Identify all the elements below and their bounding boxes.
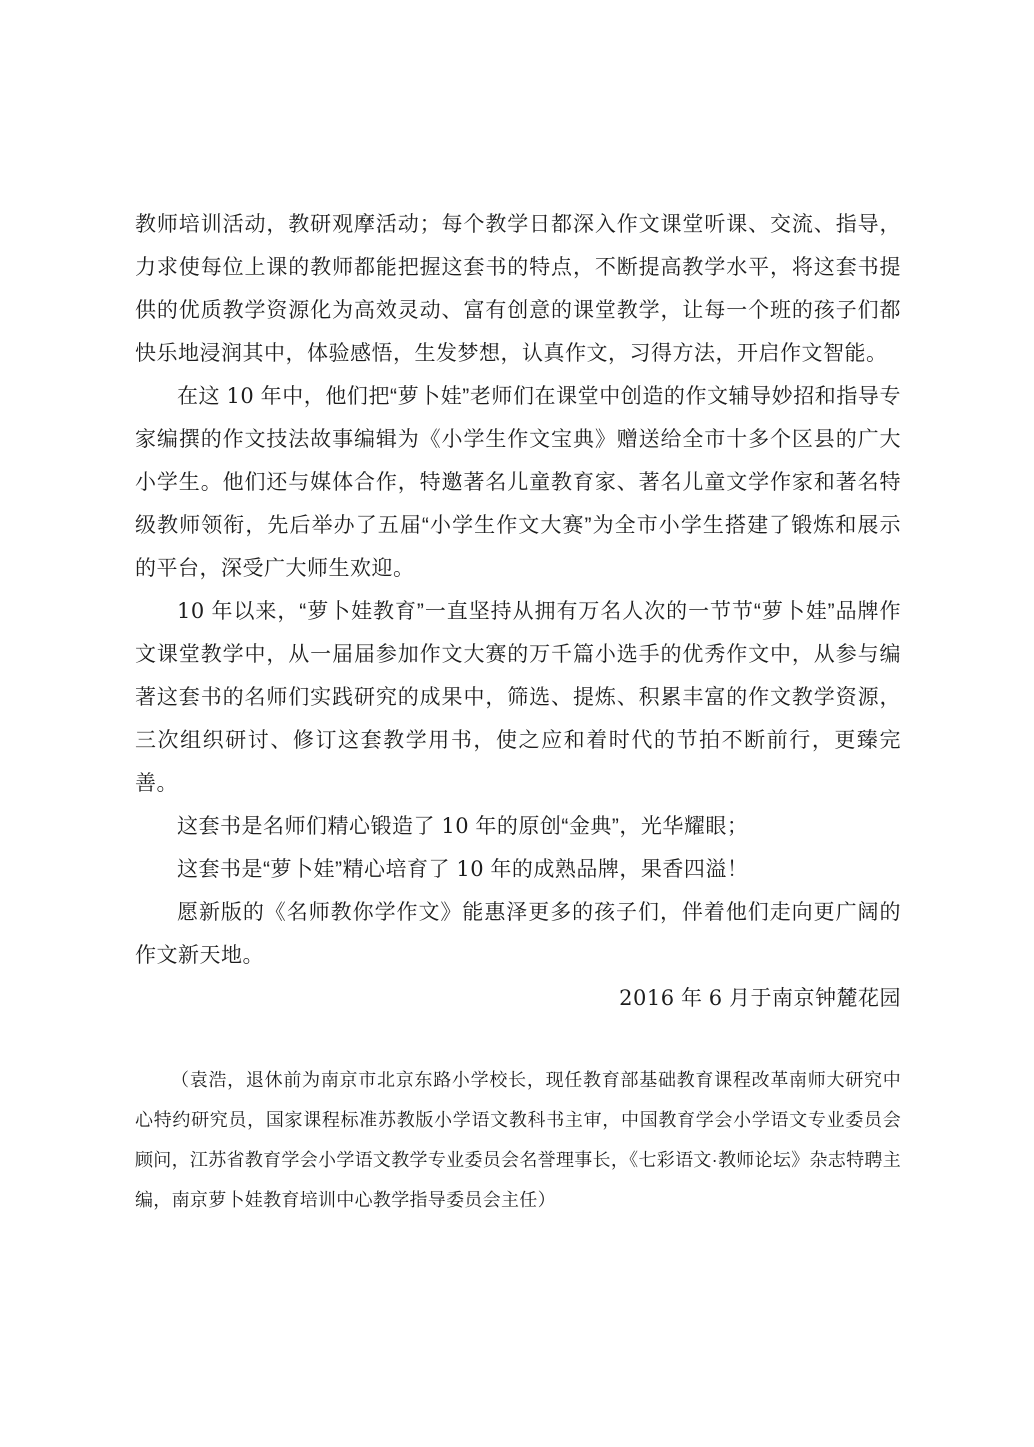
author-bio-footnote: （袁浩，退休前为南京市北京东路小学校长，现任教育部基础教育课程改革南师大研究中心… — [135, 1060, 901, 1220]
paragraph-brand-teaching: 10 年以来，“萝卜娃教育”一直坚持从拥有万名人次的一节节“萝卜娃”品牌作文课堂… — [135, 590, 901, 805]
paragraph-mature-brand: 这套书是“萝卜娃”精心培育了 10 年的成熟品牌，果香四溢！ — [135, 848, 901, 891]
paragraph-ten-years: 在这 10 年中，他们把“萝卜娃”老师们在课堂中创造的作文辅导妙招和指导专家编撰… — [135, 375, 901, 590]
dateline: 2016 年 6 月于南京钟麓花园 — [135, 977, 901, 1020]
paragraph-continuation: 教师培训活动，教研观摩活动；每个教学日都深入作文课堂听课、交流、指导，力求使每位… — [135, 203, 901, 375]
document-page: 教师培训活动，教研观摩活动；每个教学日都深入作文课堂听课、交流、指导，力求使每位… — [0, 0, 1034, 1447]
preface-text-block: 教师培训活动，教研观摩活动；每个教学日都深入作文课堂听课、交流、指导，力求使每位… — [135, 203, 901, 1220]
paragraph-wish: 愿新版的《名师教你学作文》能惠泽更多的孩子们，伴着他们走向更广阔的作文新天地。 — [135, 891, 901, 977]
paragraph-golden-classic: 这套书是名师们精心锻造了 10 年的原创“金典”，光华耀眼； — [135, 805, 901, 848]
